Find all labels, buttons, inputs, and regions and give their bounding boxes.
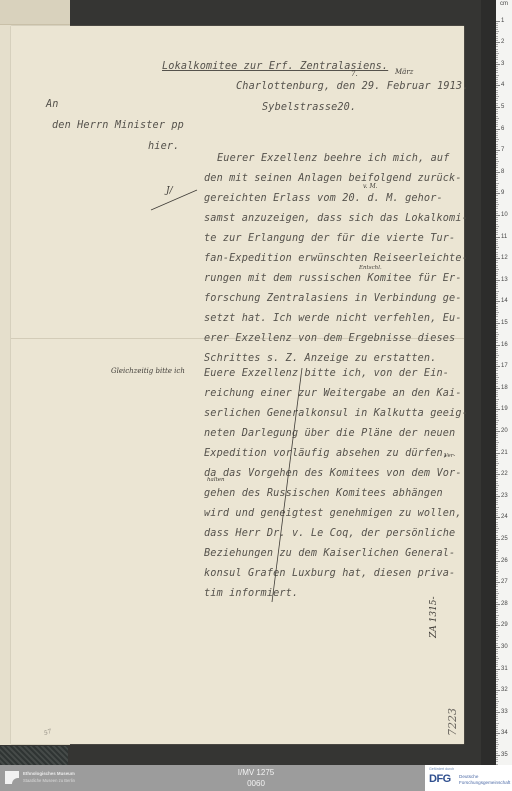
ruler-minor-tick: [496, 234, 498, 235]
body-p2-line-9: dass Herr Dr. v. Le Coq, der persönliche: [204, 528, 455, 539]
ruler-minor-tick: [496, 87, 498, 88]
body-p2-line-3: serlichen Generalkonsul in Kalkutta geei…: [204, 408, 468, 419]
ruler-tick: [496, 345, 500, 346]
ruler-minor-tick: [496, 679, 499, 680]
ruler-minor-tick: [496, 465, 498, 466]
ruler-minor-tick: [496, 329, 498, 330]
ruler-minor-tick: [496, 183, 499, 184]
ruler-minor-tick: [496, 429, 498, 430]
ruler-label: 25: [501, 536, 508, 542]
ruler-minor-tick: [496, 528, 499, 529]
ruler-minor-tick: [496, 325, 498, 326]
ruler-minor-tick: [496, 524, 498, 525]
ruler-tick: [496, 150, 500, 151]
ruler-minor-tick: [496, 491, 498, 492]
ruler-minor-tick: [496, 157, 498, 158]
ruler-minor-tick: [496, 46, 498, 47]
ruler-minor-tick: [496, 403, 498, 404]
ruler-minor-tick: [496, 725, 498, 726]
ruler-minor-tick: [496, 161, 499, 162]
ruler-minor-tick: [496, 62, 498, 63]
ruler-minor-tick: [496, 252, 498, 253]
ruler-label: 11: [501, 234, 507, 240]
ruler-minor-tick: [496, 666, 498, 667]
ruler-minor-tick: [496, 109, 498, 110]
ruler-label: 7: [501, 147, 504, 153]
ruler-minor-tick: [496, 437, 498, 438]
ruler-minor-tick: [496, 122, 498, 123]
ruler-tick: [496, 474, 500, 475]
ruler-minor-tick: [496, 394, 498, 395]
ruler-minor-tick: [496, 461, 498, 462]
ruler-label: 19: [501, 406, 508, 412]
ruler-minor-tick: [496, 442, 499, 443]
ruler-minor-tick: [496, 731, 498, 732]
ruler-tick: [496, 215, 500, 216]
ruler-minor-tick: [496, 720, 498, 721]
ruler-minor-tick: [496, 554, 498, 555]
ruler-minor-tick: [496, 414, 498, 415]
ruler-label: 5: [501, 104, 504, 110]
ruler-minor-tick: [496, 273, 498, 274]
ruler-minor-tick: [496, 351, 498, 352]
ruler-minor-tick: [496, 353, 498, 354]
ruler-minor-tick: [496, 450, 498, 451]
ruler-minor-tick: [496, 658, 499, 659]
ruler-minor-tick: [496, 472, 498, 473]
margin-stroke: [149, 188, 199, 212]
ruler-minor-tick: [496, 744, 499, 745]
ruler-minor-tick: [496, 664, 498, 665]
ruler-minor-tick: [496, 120, 498, 121]
ruler-minor-tick: [496, 748, 498, 749]
ruler-minor-tick: [496, 284, 498, 285]
ruler-minor-tick: [496, 198, 498, 199]
ruler-tick: [496, 129, 500, 130]
ruler-minor-tick: [496, 185, 498, 186]
ruler-minor-tick: [496, 239, 498, 240]
ruler-minor-tick: [496, 364, 498, 365]
ruler-minor-tick: [496, 357, 498, 358]
body-p2-line-4: neten Darlegung über die Pläne der neuen: [204, 428, 455, 439]
ruler-minor-tick: [496, 70, 498, 71]
ruler-minor-tick: [496, 377, 499, 378]
ruler-minor-tick: [496, 602, 498, 603]
ruler-minor-tick: [496, 59, 498, 60]
ruler-label: 16: [501, 342, 508, 348]
ruler-minor-tick: [496, 649, 498, 650]
ruler-minor-tick: [496, 511, 498, 512]
ruler-minor-tick: [496, 675, 498, 676]
dfg-logo-icon: DFG: [429, 773, 451, 785]
ruler-minor-tick: [496, 424, 498, 425]
ruler-label: 17: [501, 363, 508, 369]
body-p1-line-11: Schrittes s. Z. Anzeige zu erstatten.: [204, 353, 437, 364]
ruler-minor-tick: [496, 180, 498, 181]
date-correction-day: 7.: [351, 70, 358, 78]
body-p1-line-6: fan-Expedition erwünschten Reiseerleicht…: [204, 253, 468, 264]
ruler-tick: [496, 64, 500, 65]
ruler-label: 22: [501, 471, 508, 477]
ruler-minor-tick: [496, 256, 498, 257]
ruler-minor-tick: [496, 100, 498, 101]
ruler-minor-tick: [496, 761, 498, 762]
ruler-minor-tick: [496, 660, 498, 661]
ruler-label: 9: [501, 190, 504, 196]
ruler-tick: [496, 193, 500, 194]
ruler-minor-tick: [496, 152, 498, 153]
ruler-label: 31: [501, 666, 508, 672]
ruler-tick: [496, 712, 500, 713]
ruler-minor-tick: [496, 208, 498, 209]
ruler-tick: [496, 280, 500, 281]
ruler-tick: [496, 366, 500, 367]
ruler-minor-tick: [496, 606, 498, 607]
ruler-minor-tick: [496, 386, 498, 387]
ruler-tick: [496, 539, 500, 540]
ruler-minor-tick: [496, 38, 498, 39]
ruler-minor-tick: [496, 72, 498, 73]
ruler-minor-tick: [496, 178, 498, 179]
ruler-minor-tick: [496, 187, 498, 188]
ruler-minor-tick: [496, 707, 498, 708]
ruler-minor-tick: [496, 483, 498, 484]
ruler-tick: [496, 733, 500, 734]
ruler-tick: [496, 301, 500, 302]
ruler-minor-tick: [496, 440, 498, 441]
ruler-minor-tick: [496, 740, 498, 741]
ruler-minor-tick: [496, 327, 498, 328]
ruler-minor-tick: [496, 139, 499, 140]
ruler-minor-tick: [496, 485, 499, 486]
ruler-minor-tick: [496, 336, 498, 337]
ruler-minor-tick: [496, 433, 498, 434]
ruler-minor-tick: [496, 716, 498, 717]
ruler-minor-tick: [496, 509, 498, 510]
ruler-minor-tick: [496, 686, 498, 687]
ruler-minor-tick: [496, 362, 498, 363]
ruler-minor-tick: [496, 243, 498, 244]
ruler-label: 15: [501, 320, 508, 326]
ruler-tick: [496, 582, 500, 583]
ruler-minor-tick: [496, 75, 499, 76]
ruler-minor-tick: [496, 275, 498, 276]
ruler-minor-tick: [496, 636, 499, 637]
ruler-label: 20: [501, 428, 508, 434]
ruler-minor-tick: [496, 584, 498, 585]
ruler-minor-tick: [496, 401, 498, 402]
date-correction-month: März: [395, 68, 413, 76]
ruler-minor-tick: [496, 470, 498, 471]
ruler-minor-tick: [496, 481, 498, 482]
ruler-minor-tick: [496, 249, 498, 250]
ruler-minor-tick: [496, 303, 498, 304]
ruler-minor-tick: [496, 81, 498, 82]
interlinear-note-3: Ver-: [444, 453, 455, 459]
ruler-minor-tick: [496, 219, 498, 220]
ruler-minor-tick: [496, 545, 498, 546]
ruler-minor-tick: [496, 332, 498, 333]
ruler-minor-tick: [496, 224, 498, 225]
ruler-minor-tick: [496, 370, 498, 371]
ruler-minor-tick: [496, 265, 498, 266]
ruler-minor-tick: [496, 420, 499, 421]
ruler-minor-tick: [496, 487, 498, 488]
background-texture: [0, 746, 68, 765]
ruler-minor-tick: [496, 226, 499, 227]
ruler-minor-tick: [496, 688, 498, 689]
ruler-minor-tick: [496, 519, 498, 520]
ruler-minor-tick: [496, 154, 498, 155]
ruler-minor-tick: [496, 530, 498, 531]
ruler-minor-tick: [496, 131, 498, 132]
body-p1-line-7: rungen mit dem russischen Komitee für Er…: [204, 273, 462, 284]
ruler-minor-tick: [496, 593, 499, 594]
ruler-minor-tick: [496, 656, 498, 657]
ruler-minor-tick: [496, 228, 498, 229]
ruler-minor-tick: [496, 27, 498, 28]
ruler-minor-tick: [496, 435, 498, 436]
ruler-minor-tick: [496, 399, 499, 400]
ruler-label: 6: [501, 126, 504, 132]
ruler-minor-tick: [496, 757, 498, 758]
interlinear-note-1: v. M.: [363, 183, 378, 190]
ruler-minor-tick: [496, 77, 498, 78]
ruler-minor-tick: [496, 260, 498, 261]
ruler-minor-tick: [496, 507, 499, 508]
ruler-minor-tick: [496, 165, 498, 166]
ruler-minor-tick: [496, 468, 498, 469]
ruler-label: 35: [501, 752, 508, 758]
body-p1-line-9: setzt hat. Ich werde nicht verfehlen, Eu…: [204, 313, 462, 324]
ruler-label: 23: [501, 493, 508, 499]
ruler-minor-tick: [496, 565, 498, 566]
ruler-minor-tick: [496, 163, 498, 164]
ruler-tick: [496, 172, 500, 173]
ruler-minor-tick: [496, 66, 498, 67]
ruler-label: 8: [501, 169, 504, 175]
ruler-minor-tick: [496, 245, 498, 246]
ruler-minor-tick: [496, 146, 498, 147]
ruler-minor-tick: [496, 746, 498, 747]
ruler-minor-tick: [496, 316, 498, 317]
body-p1-line-2: den mit seinen Anlagen beifolgend zurück…: [204, 173, 462, 184]
ruler-tick: [496, 21, 500, 22]
ruler-minor-tick: [496, 699, 498, 700]
ruler-minor-tick: [496, 202, 498, 203]
ruler-label: 33: [501, 709, 508, 715]
ruler-tick: [496, 42, 500, 43]
ruler-minor-tick: [496, 723, 499, 724]
ruler-minor-tick: [496, 619, 498, 620]
ruler-tick: [496, 690, 500, 691]
ruler-minor-tick: [496, 213, 498, 214]
ruler-tick: [496, 107, 500, 108]
ruler-minor-tick: [496, 57, 498, 58]
ruler-label: 30: [501, 644, 508, 650]
ruler-tick: [496, 669, 500, 670]
ruler-minor-tick: [496, 308, 498, 309]
ruler-minor-tick: [496, 267, 498, 268]
ruler-minor-tick: [496, 204, 499, 205]
body-p1-line-1: Euerer Exzellenz beehre ich mich, auf: [217, 153, 450, 164]
ruler-minor-tick: [496, 541, 498, 542]
ruler-minor-tick: [496, 697, 498, 698]
ruler-minor-tick: [496, 247, 499, 248]
body-p2-line-7: gehen des Russischen Komitees abhängen: [204, 488, 443, 499]
ruler-minor-tick: [496, 36, 498, 37]
funder-name-1: Deutsche: [459, 774, 478, 779]
ruler-minor-tick: [496, 390, 498, 391]
ruler-minor-tick: [496, 79, 498, 80]
ruler-minor-tick: [496, 569, 498, 570]
ruler-minor-tick: [496, 217, 498, 218]
ruler-minor-tick: [496, 684, 498, 685]
ruler-minor-tick: [496, 355, 499, 356]
ruler-minor-tick: [496, 532, 498, 533]
body-p1-line-10: erer Exzellenz von dem Ergebnisse dieses: [204, 333, 455, 344]
underlying-page-edge: [0, 0, 70, 25]
ruler-minor-tick: [496, 40, 498, 41]
ruler-minor-tick: [496, 96, 499, 97]
archive-number-2: ZA 1315-: [429, 596, 439, 638]
ruler-minor-tick: [496, 703, 498, 704]
ruler-minor-tick: [496, 489, 498, 490]
ruler-minor-tick: [496, 295, 498, 296]
ruler-label: 18: [501, 385, 508, 391]
ruler-minor-tick: [496, 200, 498, 201]
ruler-minor-tick: [496, 610, 498, 611]
ruler-minor-tick: [496, 571, 499, 572]
ruler-minor-tick: [496, 262, 498, 263]
document-page: Lokalkomitee zur Erf. Zentralasiens. Cha…: [11, 26, 464, 744]
ruler-minor-tick: [496, 677, 498, 678]
ruler-minor-tick: [496, 334, 499, 335]
ruler-minor-tick: [496, 94, 498, 95]
ruler-tick: [496, 755, 500, 756]
ruler-minor-tick: [496, 232, 498, 233]
ruler-minor-tick: [496, 526, 498, 527]
ruler-minor-tick: [496, 729, 498, 730]
ruler-minor-tick: [496, 759, 498, 760]
ruler-minor-tick: [496, 379, 498, 380]
ruler-minor-tick: [496, 422, 498, 423]
ruler-minor-tick: [496, 288, 498, 289]
ruler-backdrop: [481, 0, 496, 765]
ruler-minor-tick: [496, 124, 498, 125]
body-p2-line-2: reichung einer zur Weitergabe an den Kai…: [204, 388, 462, 399]
ruler-minor-tick: [496, 286, 498, 287]
ruler-minor-tick: [496, 623, 498, 624]
recipient-line-1: An: [46, 99, 59, 110]
ruler-minor-tick: [496, 580, 498, 581]
ruler-minor-tick: [496, 51, 498, 52]
ruler-minor-tick: [496, 714, 498, 715]
ruler-minor-tick: [496, 373, 498, 374]
place-date: Charlottenburg, den 29. Februar 1913.: [236, 81, 469, 92]
ruler-minor-tick: [496, 718, 498, 719]
ruler-minor-tick: [496, 49, 498, 50]
ruler-label: 1: [501, 18, 504, 24]
archive-number: 7223: [446, 708, 459, 736]
recipient-line-3: hier.: [148, 141, 179, 152]
ruler-minor-tick: [496, 504, 498, 505]
ruler-minor-tick: [496, 383, 498, 384]
ruler-minor-tick: [496, 595, 498, 596]
ruler-minor-tick: [496, 174, 498, 175]
ruler-minor-tick: [496, 567, 498, 568]
ruler-minor-tick: [496, 148, 498, 149]
ruler-minor-tick: [496, 586, 498, 587]
ruler-minor-tick: [496, 396, 498, 397]
ruler-minor-tick: [496, 90, 498, 91]
ruler-minor-tick: [496, 476, 498, 477]
ruler-minor-tick: [496, 105, 498, 106]
ruler-minor-tick: [496, 310, 498, 311]
ruler-minor-tick: [496, 381, 498, 382]
ruler-minor-tick: [496, 701, 499, 702]
ruler-minor-tick: [496, 103, 498, 104]
ruler-minor-tick: [496, 44, 498, 45]
ruler-minor-tick: [496, 360, 498, 361]
ruler-minor-tick: [496, 673, 498, 674]
ruler-minor-tick: [496, 573, 498, 574]
ruler-tick: [496, 258, 500, 259]
ruler-minor-tick: [496, 347, 498, 348]
ruler-minor-tick: [496, 608, 498, 609]
ruler-minor-tick: [496, 738, 498, 739]
ruler-tick: [496, 561, 500, 562]
ruler-label: 12: [501, 255, 508, 261]
ruler-minor-tick: [496, 705, 498, 706]
ruler-tick: [496, 409, 500, 410]
corner-mark: 57: [43, 728, 53, 737]
ruler-minor-tick: [496, 550, 499, 551]
ruler-minor-tick: [496, 167, 498, 168]
ruler-minor-tick: [496, 681, 498, 682]
ruler-label: 4: [501, 82, 504, 88]
ruler-minor-tick: [496, 694, 498, 695]
ruler-minor-tick: [496, 340, 498, 341]
body-p2-line-5: Expedition vorläufig absehen zu dürfen,: [204, 448, 449, 459]
ruler-minor-tick: [496, 643, 498, 644]
ruler-minor-tick: [496, 662, 498, 663]
ruler-minor-tick: [496, 563, 498, 564]
ruler-minor-tick: [496, 375, 498, 376]
ruler-minor-tick: [496, 321, 498, 322]
ruler-minor-tick: [496, 189, 498, 190]
ruler-minor-tick: [496, 543, 498, 544]
cm-ruler: cm 1234567891011121314151617181920212223…: [496, 0, 512, 765]
ruler-minor-tick: [496, 651, 498, 652]
ruler-minor-tick: [496, 135, 498, 136]
ruler-minor-tick: [496, 627, 498, 628]
ruler-minor-tick: [496, 591, 498, 592]
ruler-minor-tick: [496, 211, 498, 212]
ruler-minor-tick: [496, 191, 498, 192]
ruler-label: 2: [501, 39, 504, 45]
ruler-minor-tick: [496, 271, 498, 272]
ruler-minor-tick: [496, 513, 498, 514]
ruler-minor-tick: [496, 522, 498, 523]
ruler-minor-tick: [496, 653, 498, 654]
ruler-minor-tick: [496, 500, 498, 501]
funder-label: Gefördert durch: [429, 767, 454, 771]
ruler-minor-tick: [496, 599, 498, 600]
body-p1-line-8: forschung Zentralasiens in Verbindung ge…: [204, 293, 462, 304]
ruler-minor-tick: [496, 589, 498, 590]
ruler-minor-tick: [496, 615, 499, 616]
